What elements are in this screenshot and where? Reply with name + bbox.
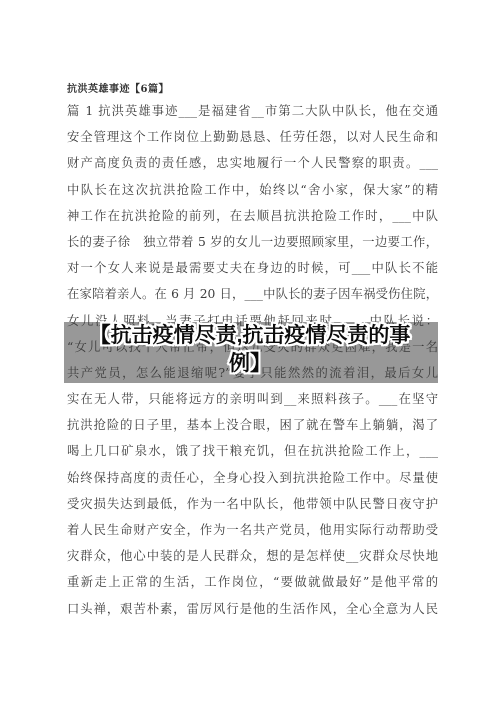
article-line: 受灾损失达到最低，作为一名中队长，他带领中队民警日夜守护 — [67, 491, 438, 517]
article-line: 抗洪抢险的日子里，基本上没合眼，困了就在警车上躺躺，渴了 — [67, 412, 438, 438]
article-line: 长的妻子徐 独立带着 5 岁的女儿一边要照顾家里，一边要工作， — [67, 229, 438, 255]
article-line: 神工作在抗洪抢险的前列，在去顺昌抗洪抢险工作时，___中队 — [67, 203, 438, 229]
article-line: 灾群众，他心中装的是人民群众，想的是怎样使__灾群众尽快地 — [67, 543, 438, 569]
document-header-title: 抗洪英雄事迹【6篇】 — [67, 80, 169, 95]
article-line: 对一个女人来说是最需要丈夫在身边的时候，可___中队长不能 — [67, 255, 438, 281]
article-line: 重新走上正常的生活，工作岗位，“要做就做最好”是他平常的 — [67, 569, 438, 595]
article-line: 中队长在这次抗洪抢险工作中，始终以“舍小家，保大家”的精 — [67, 177, 438, 203]
article-line: 财产高度负责的责任感，忠实地履行一个人民警察的职责。___ — [67, 150, 438, 176]
document-page: 抗洪英雄事迹【6篇】 篇 1 抗洪英雄事迹___是福建省__市第二大队中队长，他… — [0, 0, 500, 706]
article-line: 实在无人带，只能将远方的亲明叫到__来照料孩子。___在坚守 — [67, 386, 438, 412]
article-line: 始终保持高度的责任心，全身心投入到抗洪抢险工作中。尽量使 — [67, 465, 438, 491]
article-line: 喝上几口矿泉水，饿了找干粮充饥，但在抗洪抢险工作上，___ — [67, 438, 438, 464]
watermark-title: 【抗击疫情尽责,抗击疫情尽责的事例】 — [74, 322, 426, 378]
article-line: 着人民生命财产安全，作为一名共产党员，他用实际行动帮助受 — [67, 517, 438, 543]
article-line: 篇 1 抗洪英雄事迹___是福建省__市第二大队中队长，他在交通 — [67, 98, 438, 124]
article-line: 口头禅，艰苦朴素，雷厉风行是他的生活作风，全心全意为人民 — [67, 596, 438, 622]
article-line: 安全管理这个工作岗位上勤勤恳恳、任劳任怨，以对人民生命和 — [67, 124, 438, 150]
article-line: 在家陪着亲人。在 6 月 20 日，___中队长的妻子因车祸受伤住院， — [67, 281, 438, 307]
